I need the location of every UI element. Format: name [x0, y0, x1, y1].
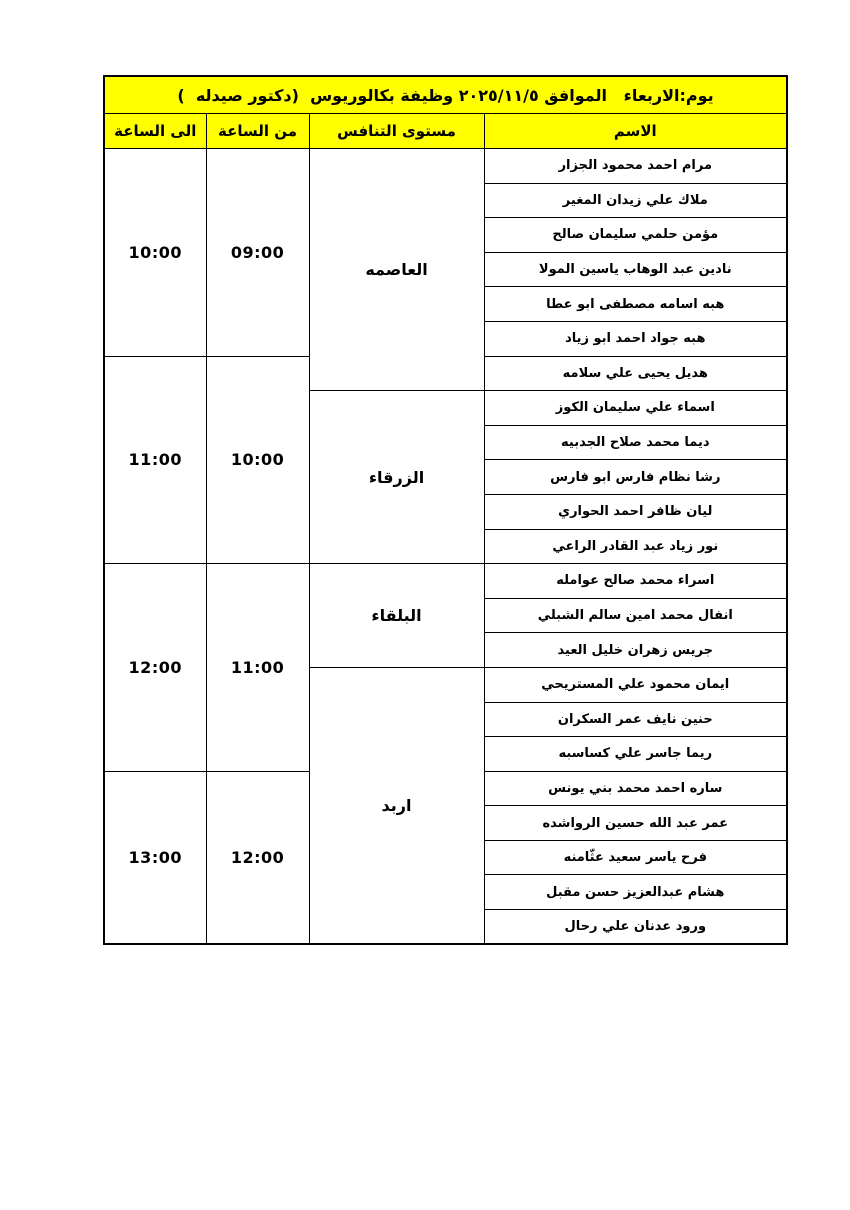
from-time-cell: 12:00: [206, 771, 309, 944]
title-row: يوم:الاربعاء الموافق ٢٠٢٥/١١/٥ وظيفة بكا…: [104, 76, 787, 114]
name-cell: هبه اسامه مصطفى ابو عطا: [484, 287, 787, 322]
table-body: مرام احمد محمود الجزارالعاصمه09:0010:00م…: [104, 149, 787, 945]
name-cell: مرام احمد محمود الجزار: [484, 149, 787, 184]
from-time-cell: 09:00: [206, 149, 309, 357]
name-cell: جريس زهران خليل العيد: [484, 633, 787, 668]
from-time-cell: 11:00: [206, 564, 309, 772]
competition-level-cell: الزرقاء: [309, 391, 484, 564]
name-cell: هشام عبدالعزيز حسن مقبل: [484, 875, 787, 910]
name-cell: ملاك علي زيدان المغير: [484, 183, 787, 218]
document-page: يوم:الاربعاء الموافق ٢٠٢٥/١١/٥ وظيفة بكا…: [0, 0, 850, 1210]
to-time-cell: 10:00: [104, 149, 206, 357]
competition-level-cell: البلقاء: [309, 564, 484, 668]
name-cell: ديما محمد صلاح الجدبيه: [484, 425, 787, 460]
name-cell: اسماء علي سليمان الكوز: [484, 391, 787, 426]
name-cell: حنين نايف عمر السكران: [484, 702, 787, 737]
name-cell: عمر عبد الله حسين الرواشده: [484, 806, 787, 841]
competition-level-cell: العاصمه: [309, 149, 484, 391]
column-header-row: الاسم مستوى التنافس من الساعة الى الساعة: [104, 114, 787, 149]
name-cell: فرح ياسر سعيد عثّامنه: [484, 840, 787, 875]
schedule-table: يوم:الاربعاء الموافق ٢٠٢٥/١١/٥ وظيفة بكا…: [103, 75, 788, 945]
name-cell: نور زياد عبد القادر الراعي: [484, 529, 787, 564]
table-row: اسراء محمد صالح عواملهالبلقاء11:0012:00: [104, 564, 787, 599]
name-cell: انفال محمد امين سالم الشبلي: [484, 598, 787, 633]
to-time-cell: 11:00: [104, 356, 206, 564]
table-row: مرام احمد محمود الجزارالعاصمه09:0010:00: [104, 149, 787, 184]
header-competition-level: مستوى التنافس: [309, 114, 484, 149]
header-to-time: الى الساعة: [104, 114, 206, 149]
name-cell: اسراء محمد صالح عوامله: [484, 564, 787, 599]
name-cell: هبه جواد احمد ابو زياد: [484, 321, 787, 356]
from-time-cell: 10:00: [206, 356, 309, 564]
name-cell: ايمان محمود علي المستريحي: [484, 667, 787, 702]
name-cell: ساره احمد محمد بني يونس: [484, 771, 787, 806]
to-time-cell: 12:00: [104, 564, 206, 772]
competition-level-cell: اربد: [309, 667, 484, 944]
header-name: الاسم: [484, 114, 787, 149]
name-cell: ورود عدنان علي رحال: [484, 910, 787, 945]
to-time-cell: 13:00: [104, 771, 206, 944]
name-cell: ريما جاسر علي كساسبه: [484, 737, 787, 772]
header-from-time: من الساعة: [206, 114, 309, 149]
table-title: يوم:الاربعاء الموافق ٢٠٢٥/١١/٥ وظيفة بكا…: [104, 76, 787, 114]
name-cell: رشا نظام فارس ابو فارس: [484, 460, 787, 495]
name-cell: هديل يحيى علي سلامه: [484, 356, 787, 391]
name-cell: نادين عبد الوهاب ياسين المولا: [484, 252, 787, 287]
name-cell: مؤمن حلمي سليمان صالح: [484, 218, 787, 253]
name-cell: ليان ظافر احمد الحواري: [484, 494, 787, 529]
